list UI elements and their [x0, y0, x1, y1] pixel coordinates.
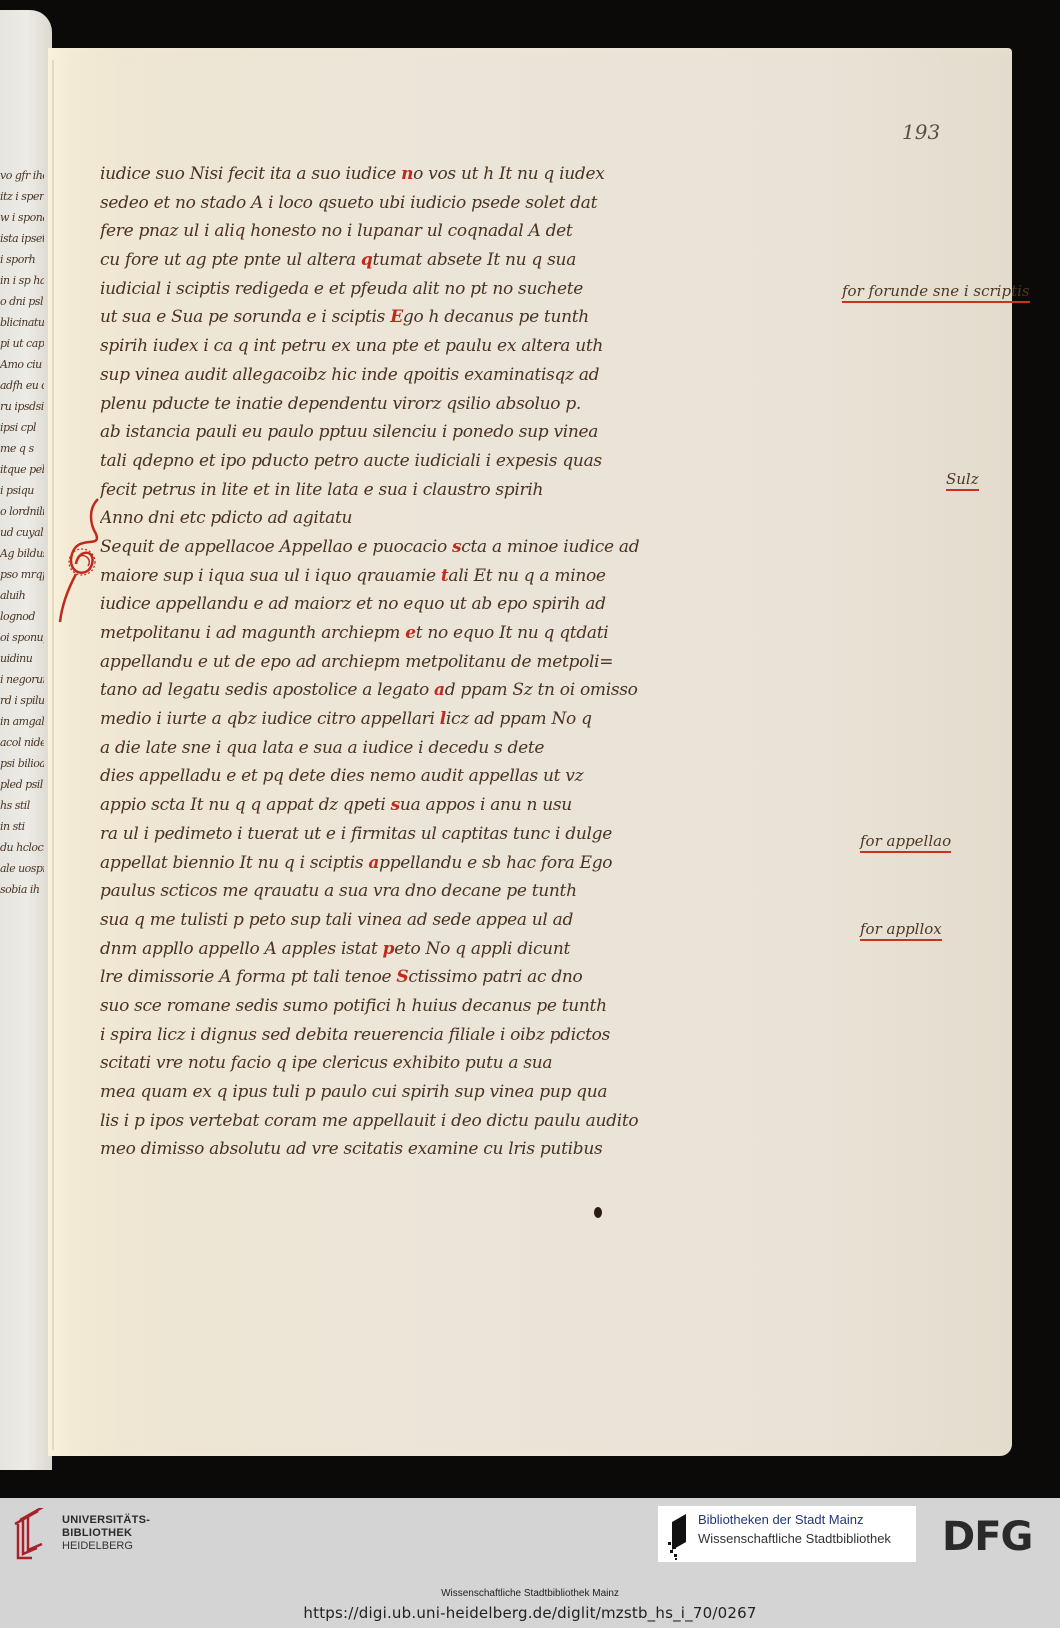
- ub-logo-line3: HEIDELBERG: [62, 1540, 150, 1553]
- ub-logo-line2: BIBLIOTHEK: [62, 1527, 132, 1539]
- left-page-line: itz i sper: [0, 186, 44, 207]
- manuscript-line: i spira licz i dignus sed debita reueren…: [100, 1021, 800, 1050]
- manuscript-line: appellandu e ut de epo ad archiepm metpo…: [100, 648, 800, 677]
- left-page-line: in sti: [0, 816, 44, 837]
- left-page-line: hs stil: [0, 795, 44, 816]
- manuscript-line: lre dimissorie A forma pt tali tenoe Sct…: [100, 963, 800, 992]
- left-page-line: aluih: [0, 585, 44, 606]
- rubric-mark: q: [361, 250, 373, 270]
- margin-note: for appllox: [860, 920, 942, 941]
- left-page-line: adfh eu dl: [0, 375, 44, 396]
- manuscript-line: spirih iudex i ca q int petru ex una pte…: [100, 332, 800, 361]
- permalink-url[interactable]: https://digi.ub.uni-heidelberg.de/diglit…: [0, 1604, 1060, 1622]
- manuscript-line: Anno dni etc pdicto ad agitatu: [100, 504, 800, 533]
- manuscript-line: iudicial i sciptis redigeda e et pfeuda …: [100, 275, 800, 304]
- left-page-line: o lordnilis: [0, 501, 44, 522]
- left-page-line: pled psil: [0, 774, 44, 795]
- parchment-hole: [594, 1207, 602, 1218]
- rubric-mark: a: [368, 853, 379, 873]
- left-page-line: i psiqu: [0, 480, 44, 501]
- manuscript-line: Sequit de appellacoe Appellao e puocacio…: [100, 533, 800, 562]
- folio-number: 193: [902, 120, 940, 144]
- left-page-line: me q s: [0, 438, 44, 459]
- manuscript-line: plenu pducte te inatie dependentu virorz…: [100, 390, 800, 419]
- viewer-footer: UNIVERSITÄTS- BIBLIOTHEK HEIDELBERG Bibl…: [0, 1498, 1060, 1628]
- manuscript-line: medio i iurte a qbz iudice citro appella…: [100, 705, 800, 734]
- manuscript-line: mea quam ex q ipus tuli p paulo cui spir…: [100, 1078, 800, 1107]
- rubric-mark: p: [383, 939, 395, 959]
- manuscript-line: appio scta It nu q q appat dz qpeti sua …: [100, 791, 800, 820]
- manuscript-line: dnm appllo appello A apples istat peto N…: [100, 935, 800, 964]
- rubric-mark: t: [441, 566, 449, 586]
- manuscript-line: scitati vre notu facio q ipe clericus ex…: [100, 1049, 800, 1078]
- manuscript-line: metpolitanu i ad magunth archiepm et no …: [100, 619, 800, 648]
- credit-text: Wissenschaftliche Stadtbibliothek Mainz: [0, 1588, 1060, 1599]
- dfg-logo[interactable]: DFG: [942, 1514, 1032, 1560]
- manuscript-line: fecit petrus in lite et in lite lata e s…: [100, 476, 800, 505]
- left-page-line: vo gfr iho: [0, 165, 44, 186]
- gutter-line: [52, 60, 54, 1450]
- left-page-line: uidinu: [0, 648, 44, 669]
- left-page-line: lognod: [0, 606, 44, 627]
- rubric-mark: l: [440, 709, 446, 729]
- manuscript-line: dies appelladu e et pq dete dies nemo au…: [100, 762, 800, 791]
- left-page-line: ista ipsetu: [0, 228, 44, 249]
- left-page-line: Amo ciu: [0, 354, 44, 375]
- mainz-logo-line2: Wissenschaftliche Stadtbibliothek: [698, 1531, 891, 1546]
- ub-heidelberg-emblem-icon: [12, 1508, 52, 1562]
- left-page-line: i negorui: [0, 669, 44, 690]
- left-page-line: Ag bildus: [0, 543, 44, 564]
- left-page-line: ru ipsdsi: [0, 396, 44, 417]
- rubric-mark: a: [434, 680, 445, 700]
- manuscript-line: paulus scticos me qrauatu a sua vra dno …: [100, 877, 800, 906]
- manuscript-line: fere pnaz ul i aliq honesto no i lupanar…: [100, 217, 800, 246]
- left-page-line: ale uospin: [0, 858, 44, 879]
- book-icon: [664, 1512, 692, 1560]
- left-page-line: o dni psl: [0, 291, 44, 312]
- left-page-line: itque pel: [0, 459, 44, 480]
- left-page-line: psi bilioa: [0, 753, 44, 774]
- manuscript-line: sua q me tulisti p peto sup tali vinea a…: [100, 906, 800, 935]
- ub-heidelberg-logo[interactable]: UNIVERSITÄTS- BIBLIOTHEK HEIDELBERG: [12, 1508, 150, 1562]
- manuscript-line: sup vinea audit allegacoibz hic inde qpo…: [100, 361, 800, 390]
- manuscript-line: tano ad legatu sedis apostolice a legato…: [100, 676, 800, 705]
- rubric-mark: S: [396, 967, 408, 987]
- left-page-line: du hcloci: [0, 837, 44, 858]
- left-page-line: pso mrqpi: [0, 564, 44, 585]
- left-page-line: w i sponah: [0, 207, 44, 228]
- manuscript-line: ab istancia pauli eu paulo pptuu silenci…: [100, 418, 800, 447]
- rubric-mark: s: [391, 795, 400, 815]
- rubric-mark: E: [390, 307, 403, 327]
- rubric-mark: n: [401, 164, 413, 184]
- manuscript-line: suo sce romane sedis sumo potifici h hui…: [100, 992, 800, 1021]
- manuscript-line: maiore sup i iqua sua ul i iquo qrauamie…: [100, 562, 800, 591]
- manuscript-line: iudice suo Nisi fecit ita a suo iudice n…: [100, 160, 800, 189]
- manuscript-line: sedeo et no stado A i loco qsueto ubi iu…: [100, 189, 800, 218]
- left-page-line: i sporh: [0, 249, 44, 270]
- rubric-mark: e: [405, 623, 416, 643]
- left-page-text: vo gfr ihoitz i sperw i sponahista ipset…: [0, 165, 44, 900]
- left-page-line: oi sponup: [0, 627, 44, 648]
- left-page-line: blicinatu: [0, 312, 44, 333]
- mainz-logo-line1: Bibliotheken der Stadt Mainz: [698, 1512, 863, 1527]
- manuscript-text-block: iudice suo Nisi fecit ita a suo iudice n…: [100, 160, 800, 1164]
- manuscript-line: ut sua e Sua pe sorunda e i sciptis Ego …: [100, 303, 800, 332]
- manuscript-line: cu fore ut ag pte pnte ul altera qtumat …: [100, 246, 800, 275]
- manuscript-line: tali qdepno et ipo pducto petro aucte iu…: [100, 447, 800, 476]
- manuscript-line: a die late sne i qua lata e sua a iudice…: [100, 734, 800, 763]
- left-page-line: ud cuyal: [0, 522, 44, 543]
- manuscript-line: ra ul i pedimeto i tuerat ut e i firmita…: [100, 820, 800, 849]
- left-page-line: sobia ih: [0, 879, 44, 900]
- manuscript-scan: vo gfr ihoitz i sperw i sponahista ipset…: [0, 0, 1060, 1498]
- margin-note: for forunde sne i scriptis: [842, 282, 1030, 303]
- ub-logo-line1: UNIVERSITÄTS-: [62, 1514, 150, 1526]
- left-page-line: pi ut capi: [0, 333, 44, 354]
- margin-note: for appellao: [860, 832, 951, 853]
- left-page-line: acol nidex: [0, 732, 44, 753]
- manuscript-line: iudice appellandu e ad maiorz et no equo…: [100, 590, 800, 619]
- rubric-mark: s: [452, 537, 461, 557]
- manuscript-line: lis i p ipos vertebat coram me appellaui…: [100, 1107, 800, 1136]
- manuscript-line: meo dimisso absolutu ad vre scitatis exa…: [100, 1135, 800, 1164]
- margin-note: Sulz: [946, 470, 979, 491]
- manuscript-line: appellat biennio It nu q i sciptis appel…: [100, 849, 800, 878]
- left-page-line: ipsi cpl: [0, 417, 44, 438]
- left-page-line: rd i spilu: [0, 690, 44, 711]
- mainz-library-logo[interactable]: Bibliotheken der Stadt Mainz Wissenschaf…: [658, 1506, 916, 1562]
- left-page-line: in i sp hale: [0, 270, 44, 291]
- left-page-edge: vo gfr ihoitz i sperw i sponahista ipset…: [0, 10, 52, 1470]
- left-page-line: in amgalu: [0, 711, 44, 732]
